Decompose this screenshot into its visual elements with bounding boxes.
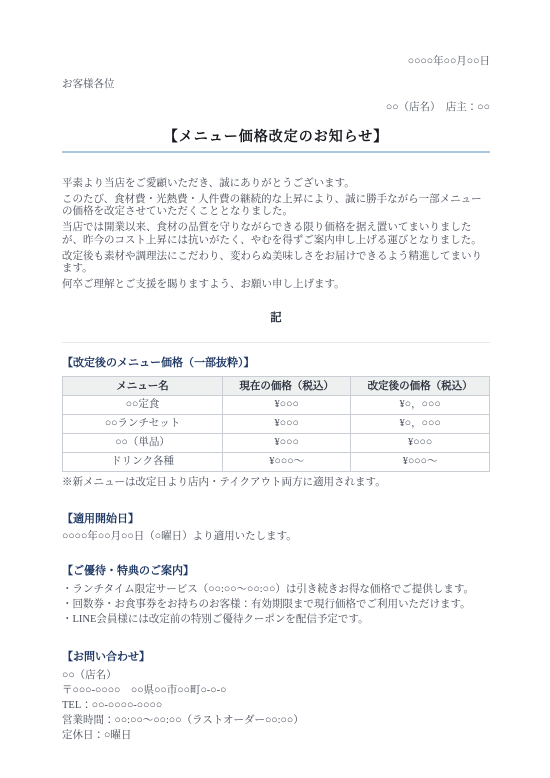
benefit-item-coupon-ticket: ・回数券・お食事券をお持ちのお客様：有効期限まで現行価格でご利用いただけます。 [62,599,490,611]
page-title: 【メニュー価格改定のお知らせ】 [62,128,490,153]
table-row: ○○ランチセット ¥○○○ ¥○，○○○ [63,414,490,433]
contact-address: 〒○○○-○○○○ ○○県○○市○○町○-○-○ [62,685,490,697]
document-date: ○○○○年○○月○○日 [62,56,490,68]
commitment-paragraph: 改定後も素材や調理法にこだわり、変わらぬ美味しさをお届けできるよう精進してまいり… [62,251,490,275]
menu-name-cell: ○○定食 [63,395,223,414]
benefit-item-lunch: ・ランチタイム限定サービス（○○:○○～○○:○○）は引き続きお得な価格でご提供… [62,584,490,596]
contact-holiday: 定休日：○曜日 [62,730,490,742]
menu-price-heading: 【改定後のメニュー価格（一部抜粋）】 [62,357,490,370]
section-divider [62,342,490,343]
benefits-list: ・ランチタイム限定サービス（○○:○○～○○:○○）は引き続きお得な価格でご提供… [62,584,490,626]
start-date-heading: 【適用開始日】 [62,513,490,526]
new-price-cell: ¥○，○○○ [351,414,490,433]
table-header-row: メニュー名 現在の価格（税込） 改定後の価格（税込） [63,376,490,395]
contact-section: 【お問い合わせ】 ○○（店名） 〒○○○-○○○○ ○○県○○市○○町○-○-○… [62,651,490,742]
new-price-cell: ¥○，○○○ [351,395,490,414]
recipient-line: お客様各位 [62,79,490,91]
price-table: メニュー名 現在の価格（税込） 改定後の価格（税込） ○○定食 ¥○○○ ¥○，… [62,376,490,472]
body-text: 平素より当店をご愛顧いただき、誠にありがとうございます。 このたび、食材費・光熱… [62,178,490,291]
new-price-cell: ¥○○○～ [351,452,490,471]
background-paragraph: 当店では開業以来、食材の品質を守りながらできる限り価格を据え置いてまいりましたが… [62,222,490,246]
table-row: ドリンク各種 ¥○○○～ ¥○○○～ [63,452,490,471]
col-header-new-price: 改定後の価格（税込） [351,376,490,395]
col-header-current-price: 現在の価格（税込） [223,376,351,395]
benefit-item-line-coupon: ・LINE会員様には改定前の特別ご優待クーポンを配信予定です。 [62,614,490,626]
document-page: ○○○○年○○月○○日 お客様各位 ○○（店名） 店主：○○ 【メニュー価格改定… [0,0,550,778]
current-price-cell: ¥○○○ [223,414,351,433]
ki-marker: 記 [62,312,490,325]
contact-hours: 営業時間：○○:○○～○○:○○（ラストオーダー○○:○○） [62,715,490,727]
sender-line: ○○（店名） 店主：○○ [62,102,490,114]
current-price-cell: ¥○○○ [223,395,351,414]
start-date-text: ○○○○年○○月○○日（○曜日）より適用いたします。 [62,531,490,543]
menu-name-cell: ドリンク各種 [63,452,223,471]
greeting-paragraph: 平素より当店をご愛顧いただき、誠にありがとうございます。 [62,178,490,190]
benefits-heading: 【ご優待・特典のご案内】 [62,565,490,578]
new-price-cell: ¥○○○ [351,433,490,452]
contact-lines: ○○（店名） 〒○○○-○○○○ ○○県○○市○○町○-○-○ TEL：○○-○… [62,670,490,742]
table-row: ○○（単品） ¥○○○ ¥○○○ [63,433,490,452]
closing-paragraph: 何卒ご理解とご支援を賜りますよう、お願い申し上げます。 [62,279,490,291]
menu-name-cell: ○○（単品） [63,433,223,452]
col-header-menu-name: メニュー名 [63,376,223,395]
menu-name-cell: ○○ランチセット [63,414,223,433]
current-price-cell: ¥○○○～ [223,452,351,471]
current-price-cell: ¥○○○ [223,433,351,452]
table-note: ※新メニューは改定日より店内・テイクアウト両方に適用されます。 [62,477,490,489]
contact-heading: 【お問い合わせ】 [62,651,490,664]
start-date-section: 【適用開始日】 ○○○○年○○月○○日（○曜日）より適用いたします。 [62,513,490,544]
menu-price-section: 【改定後のメニュー価格（一部抜粋）】 メニュー名 現在の価格（税込） 改定後の価… [62,357,490,489]
contact-store-name: ○○（店名） [62,670,490,682]
benefits-section: 【ご優待・特典のご案内】 ・ランチタイム限定サービス（○○:○○～○○:○○）は… [62,565,490,626]
table-row: ○○定食 ¥○○○ ¥○，○○○ [63,395,490,414]
reason-paragraph: このたび、食材費・光熱費・人件費の継続的な上昇により、誠に勝手ながら一部メニュー… [62,194,490,218]
contact-tel: TEL：○○-○○○○-○○○○ [62,700,490,712]
